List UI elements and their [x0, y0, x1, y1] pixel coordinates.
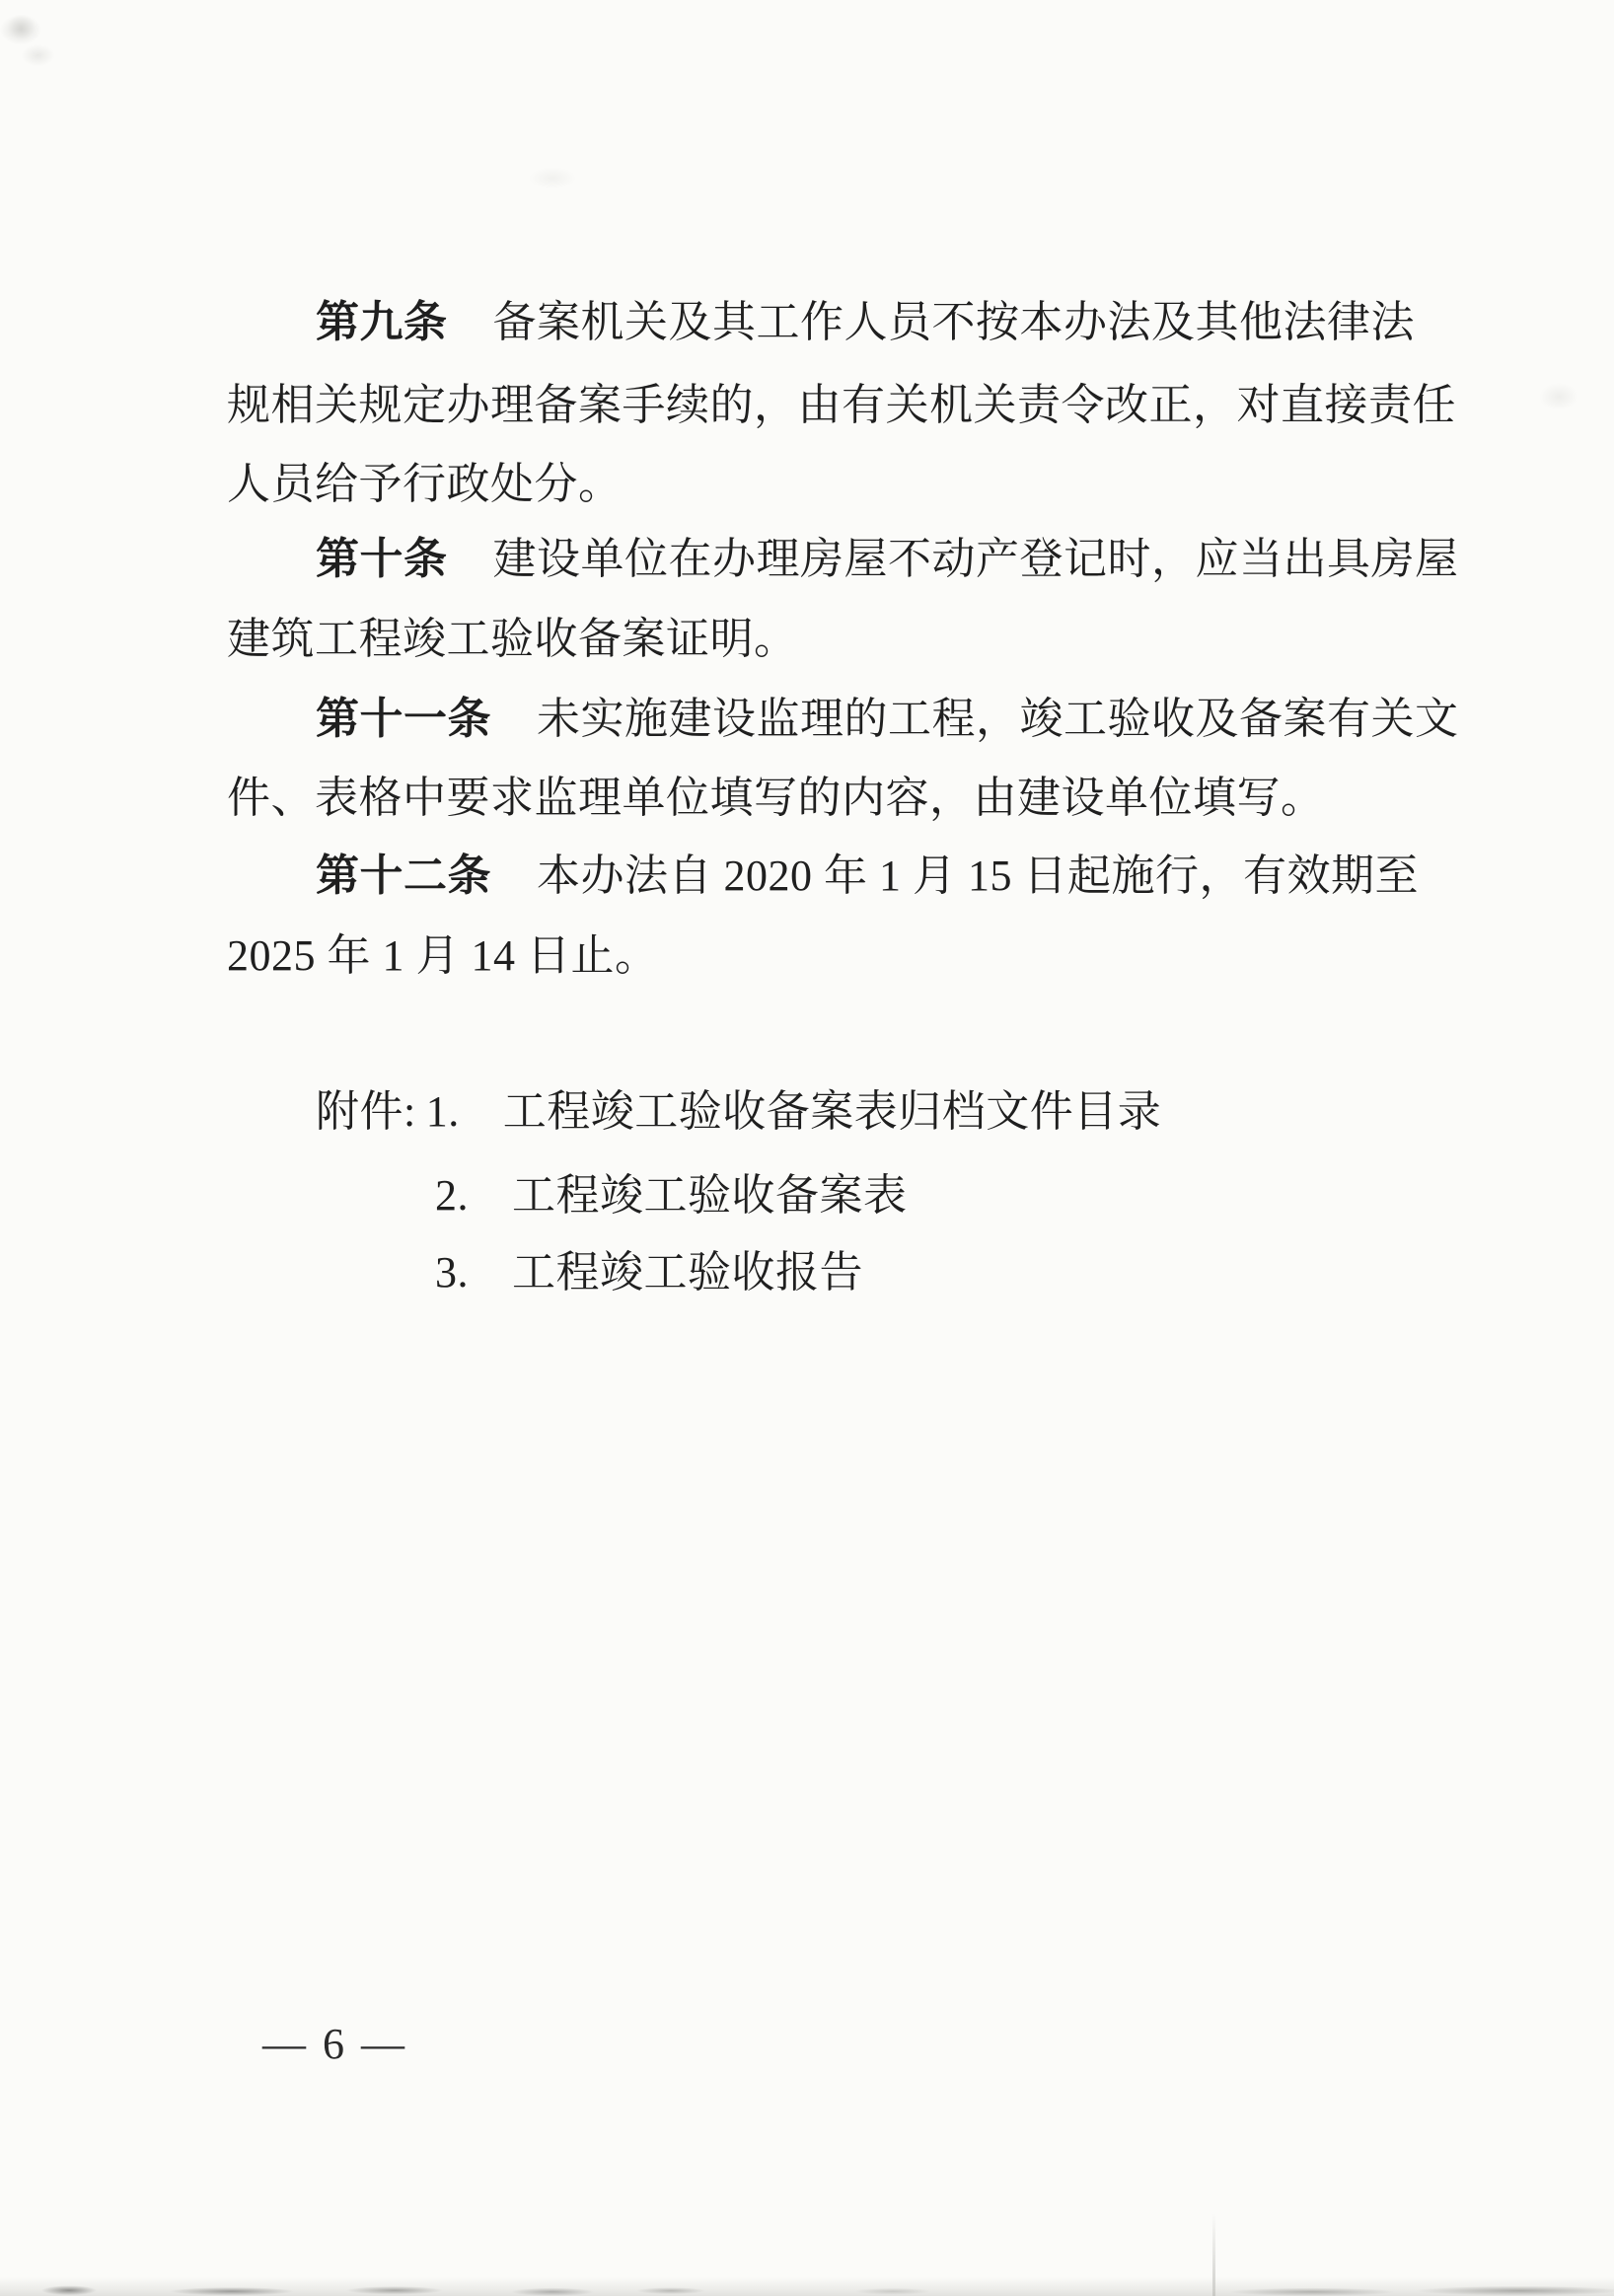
article-12-heading: 第十二条: [316, 852, 491, 900]
attachment-3-number: 3.: [435, 1248, 469, 1296]
page-footer: — 6 —: [262, 2023, 404, 2066]
attachments-line-1: 附件:1.工程竣工验收备案表归档文件目录: [316, 1090, 1161, 1134]
footer-dash-left: —: [262, 2023, 306, 2066]
article-10-line-1: 第十条建设单位在办理房屋不动产登记时，应当出具房屋: [316, 538, 1459, 581]
scan-artifact: [1524, 367, 1593, 426]
scan-artifact: [0, 2277, 1614, 2296]
attachments-line-2: 2.工程竣工验收备案表: [435, 1174, 908, 1218]
scan-artifact: [1212, 2213, 1215, 2296]
article-11-line-2: 件、表格中要求监理单位填写的内容，由建设单位填写。: [227, 777, 1325, 820]
scan-artifact: [0, 0, 47, 54]
article-9-line-1: 第九条备案机关及其工作人员不按本办法及其他法律法: [316, 301, 1415, 344]
attachments-line-3: 3.工程竣工验收报告: [435, 1251, 863, 1295]
article-11-heading: 第十一条: [316, 695, 491, 743]
attachment-3-title: 工程竣工验收报告: [512, 1248, 863, 1296]
attachments-label: 附件:: [316, 1087, 416, 1136]
scanned-document-page: 第九条备案机关及其工作人员不按本办法及其他法律法 规相关规定办理备案手续的，由有…: [0, 0, 1614, 2296]
attachment-2-title: 工程竣工验收备案表: [512, 1171, 908, 1220]
footer-dash-right: —: [361, 2023, 404, 2066]
scan-artifact: [0, 0, 69, 74]
article-11-text-1: 未实施建设监理的工程，竣工验收及备案有关文: [537, 695, 1459, 743]
article-12-line-1: 第十二条本办法自 2020 年 1 月 15 日起施行，有效期至: [316, 854, 1419, 898]
article-9-text-2: 规相关规定办理备案手续的，由有关机关责令改正，对直接责任: [227, 381, 1456, 429]
scan-artifact: [513, 156, 592, 200]
article-12-text-1: 本办法自 2020 年 1 月 15 日起施行，有效期至: [537, 852, 1419, 900]
article-9-heading: 第九条: [316, 298, 448, 346]
attachment-1-title: 工程竣工验收备案表归档文件目录: [503, 1087, 1162, 1136]
article-9-line-2: 规相关规定办理备案手续的，由有关机关责令改正，对直接责任: [227, 384, 1456, 427]
article-9-line-3: 人员给予行政处分。: [227, 463, 623, 506]
article-9-text-3: 人员给予行政处分。: [227, 460, 623, 508]
article-10-heading: 第十条: [316, 535, 448, 583]
article-11-line-1: 第十一条未实施建设监理的工程，竣工验收及备案有关文: [316, 698, 1459, 741]
article-10-text-1: 建设单位在办理房屋不动产登记时，应当出具房屋: [493, 535, 1459, 583]
footer-page-number: 6: [323, 2023, 344, 2066]
article-11-text-2: 件、表格中要求监理单位填写的内容，由建设单位填写。: [227, 774, 1325, 822]
article-12-text-2: 2025 年 1 月 14 日止。: [227, 931, 659, 980]
article-9-text-1: 备案机关及其工作人员不按本办法及其他法律法: [493, 298, 1416, 346]
attachment-2-number: 2.: [435, 1171, 469, 1220]
article-10-text-2: 建筑工程竣工验收备案证明。: [227, 615, 798, 663]
article-12-text-2-line: 2025 年 1 月 14 日止。: [227, 934, 659, 978]
attachment-1-number: 1.: [426, 1087, 460, 1136]
article-10-line-2: 建筑工程竣工验收备案证明。: [227, 618, 798, 661]
